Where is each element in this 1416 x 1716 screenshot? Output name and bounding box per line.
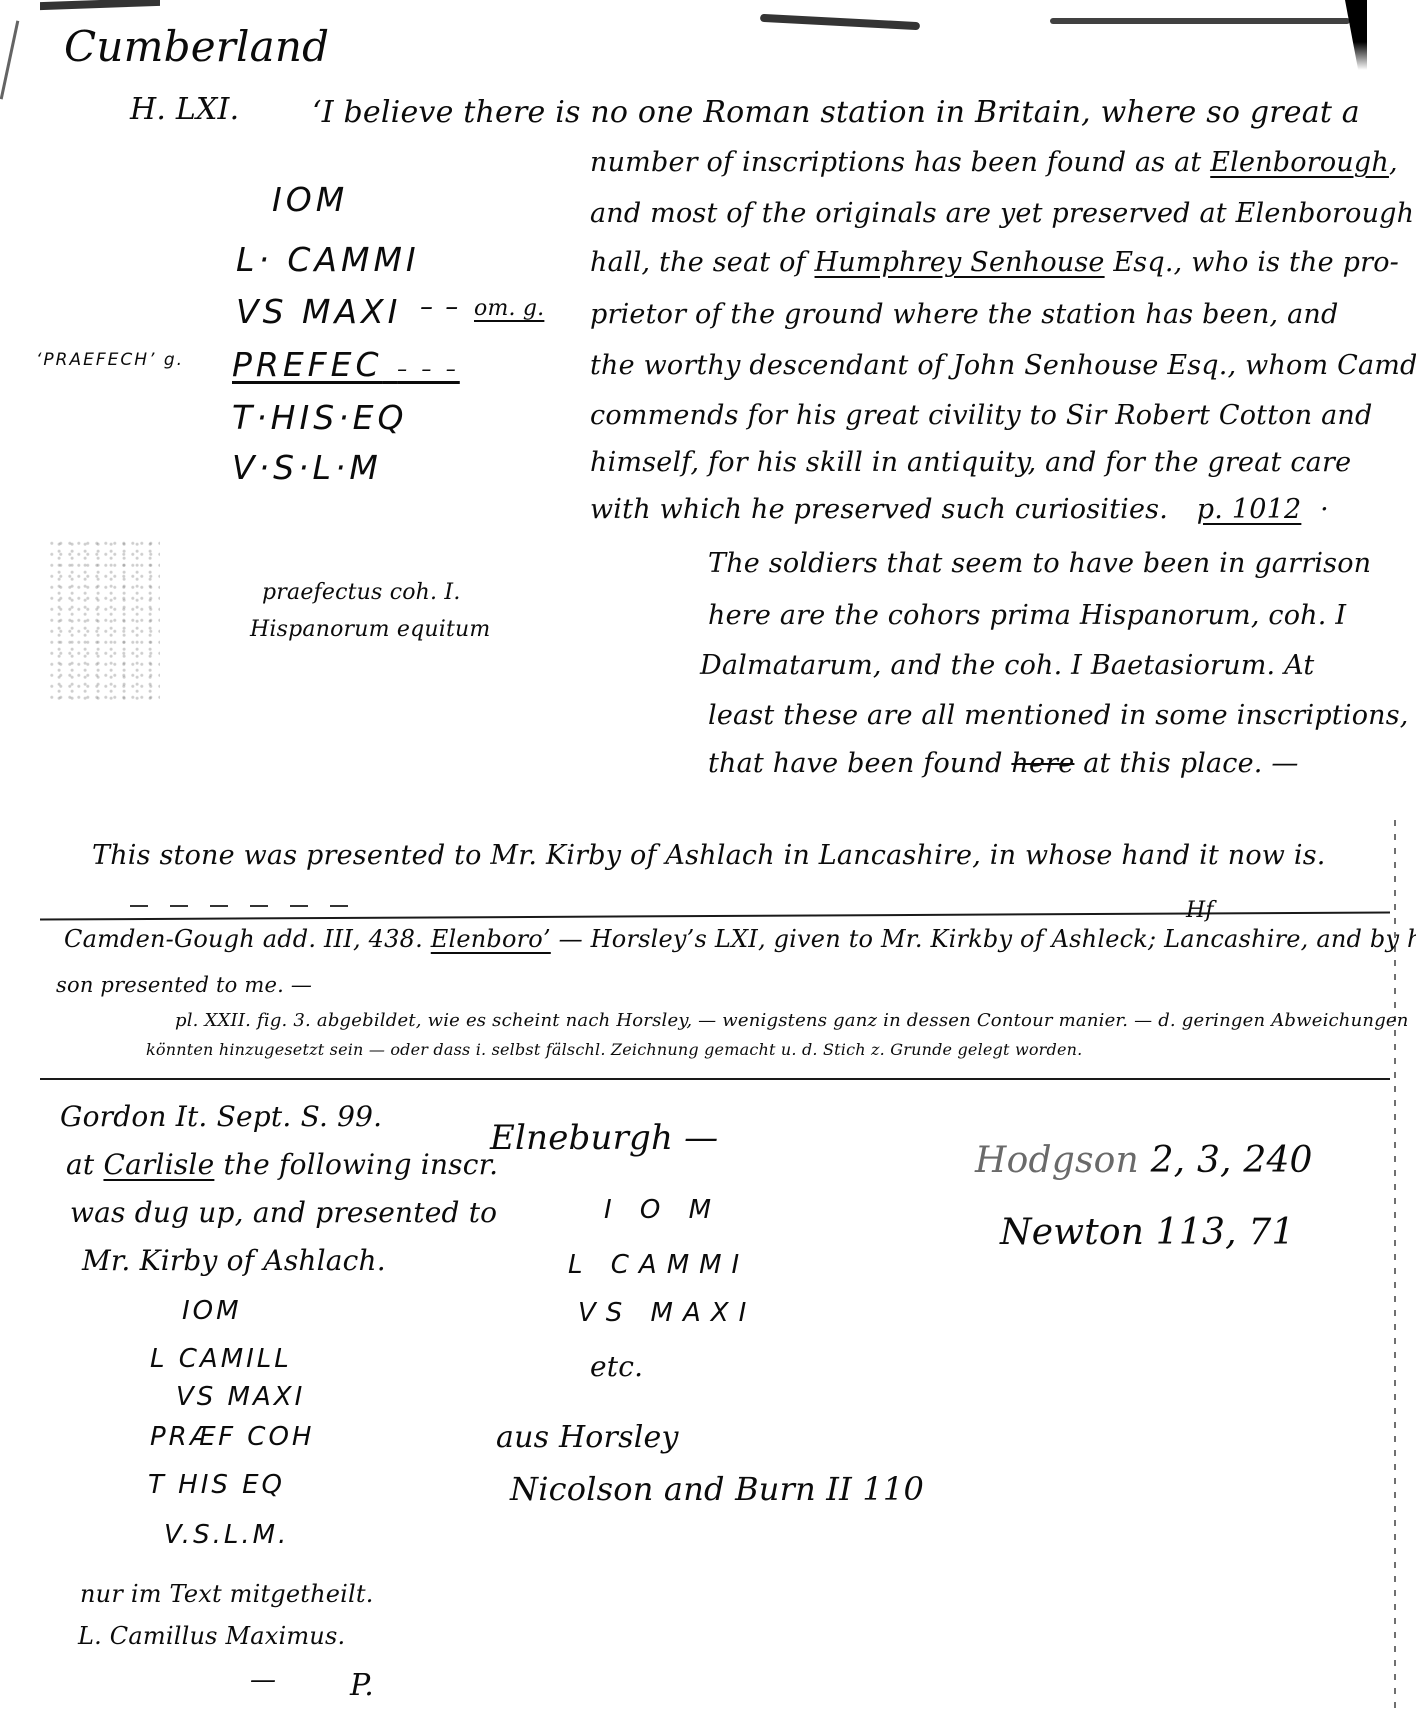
gordon-line: at Carlisle the following inscr. — [66, 1148, 498, 1181]
scan-edge-shadow — [40, 0, 160, 10]
inscription-line: VS MAXI — [578, 1298, 756, 1328]
inscription-line: L· CAMMI — [236, 240, 420, 279]
camden-reference: Camden-Gough add. III, 438. Elenboro’ — … — [64, 925, 1416, 953]
inscription-line: IOM — [182, 1296, 242, 1326]
scan-corner-shadow — [1345, 0, 1367, 70]
manuscript-page: Cumberland H. LXI. ‘I believe there is n… — [0, 0, 1416, 1716]
garrison-line: here are the cohors prima Hispanorum, co… — [708, 600, 1346, 631]
place-name: Elenborough — [1210, 147, 1389, 178]
elneburgh-heading: Elneburgh — — [490, 1118, 718, 1158]
inscription-line: L CAMILL — [150, 1344, 292, 1374]
omission-note: om. g. — [474, 296, 544, 321]
page-edge-line — [1394, 820, 1396, 1716]
page-reference: p. 1012 — [1197, 494, 1302, 525]
quote-last-line: with which he preserved such curiosities… — [590, 494, 1168, 525]
quote-line: commends for his great civility to Sir R… — [590, 400, 1372, 431]
quote-line: the worthy descendant of John Senhouse E… — [590, 350, 1416, 381]
german-note: könnten hinzugesetzt sein — oder dass i.… — [146, 1040, 1082, 1059]
struck-word: here — [1011, 748, 1074, 779]
quote-line: ‘I believe there is no one Roman station… — [312, 95, 1360, 130]
source-note: aus Horsley — [496, 1420, 679, 1455]
garrison-line: that have been found here at this place.… — [708, 748, 1299, 779]
inscription-line: VS MAXI — [236, 292, 401, 331]
newton-reference: Newton 113, 71 — [1000, 1212, 1295, 1253]
quote-line: himself, for his skill in antiquity, and… — [590, 447, 1351, 478]
garrison-line: least these are all mentioned in some in… — [708, 700, 1409, 731]
inscription-gap-mark: – – — [420, 292, 460, 322]
inscription-line: V.S.L.M. — [164, 1520, 289, 1550]
inscription-line: L CAMMI — [568, 1250, 749, 1280]
quote-line: hall, the seat of Humphrey Senhouse Esq.… — [590, 247, 1399, 278]
margin-variant: ‘PRAEFECH’ g. — [36, 350, 184, 370]
section-divider — [40, 1078, 1390, 1080]
inscription-line: PRÆF COH — [150, 1422, 314, 1452]
inscription-line: VS MAXI — [176, 1382, 305, 1412]
quote-line: prietor of the ground where the station … — [590, 299, 1338, 330]
source-note: Nicolson and Burn II 110 — [510, 1470, 924, 1508]
stone-note: This stone was presented to Mr. Kirby of… — [92, 840, 1326, 871]
etc-note: etc. — [590, 1350, 643, 1383]
gordon-line: Mr. Kirby of Ashlach. — [82, 1244, 386, 1277]
closing-dash: — — [250, 1665, 276, 1695]
dashed-rule — [130, 905, 350, 907]
quote-line: with which he preserved such curiosities… — [590, 494, 1329, 525]
paper-stain — [50, 540, 160, 700]
scan-edge-shadow — [1050, 18, 1350, 24]
scan-edge-shadow — [760, 14, 920, 30]
hodgson-reference: Hodgson 2, 3, 240 — [975, 1140, 1313, 1181]
german-note: pl. XXII. fig. 3. abgebildet, wie es sch… — [175, 1010, 1409, 1031]
gloss-line: Hispanorum equitum — [250, 617, 490, 642]
footnote: L. Camillus Maximus. — [78, 1622, 345, 1650]
inscription-line: T·HIS·EQ — [232, 398, 407, 437]
inscription-line: V·S·L·M — [232, 448, 382, 487]
author-initial: P. — [350, 1668, 374, 1703]
gloss-line: praefectus coh. I. — [262, 580, 461, 605]
inscription-line: I O M — [604, 1195, 721, 1225]
quote-line: number of inscriptions has been found as… — [590, 147, 1398, 178]
insertion-mark: Hf — [1186, 898, 1214, 923]
person-name: Humphrey Senhouse — [815, 247, 1105, 278]
gordon-line: Gordon It. Sept. S. 99. — [60, 1100, 382, 1133]
inscription-line: IOM — [272, 180, 348, 219]
catalogue-reference: H. LXI. — [130, 92, 239, 127]
quote-line: and most of the originals are yet preser… — [590, 198, 1414, 229]
garrison-line: Dalmatarum, and the coh. I Baetasiorum. … — [700, 650, 1314, 681]
place-name: Elenboro’ — [431, 925, 551, 953]
garrison-line: The soldiers that seem to have been in g… — [708, 548, 1371, 579]
scan-edge-mark — [0, 21, 19, 100]
inscription-line: PREFEC – – – — [232, 345, 460, 384]
gordon-line: was dug up, and presented to — [70, 1196, 497, 1229]
inscription-line: T HIS EQ — [148, 1470, 285, 1500]
camden-reference-cont: son presented to me. — — [56, 973, 312, 997]
footnote: nur im Text mitgetheilt. — [80, 1580, 374, 1608]
page-heading: Cumberland — [64, 22, 329, 71]
